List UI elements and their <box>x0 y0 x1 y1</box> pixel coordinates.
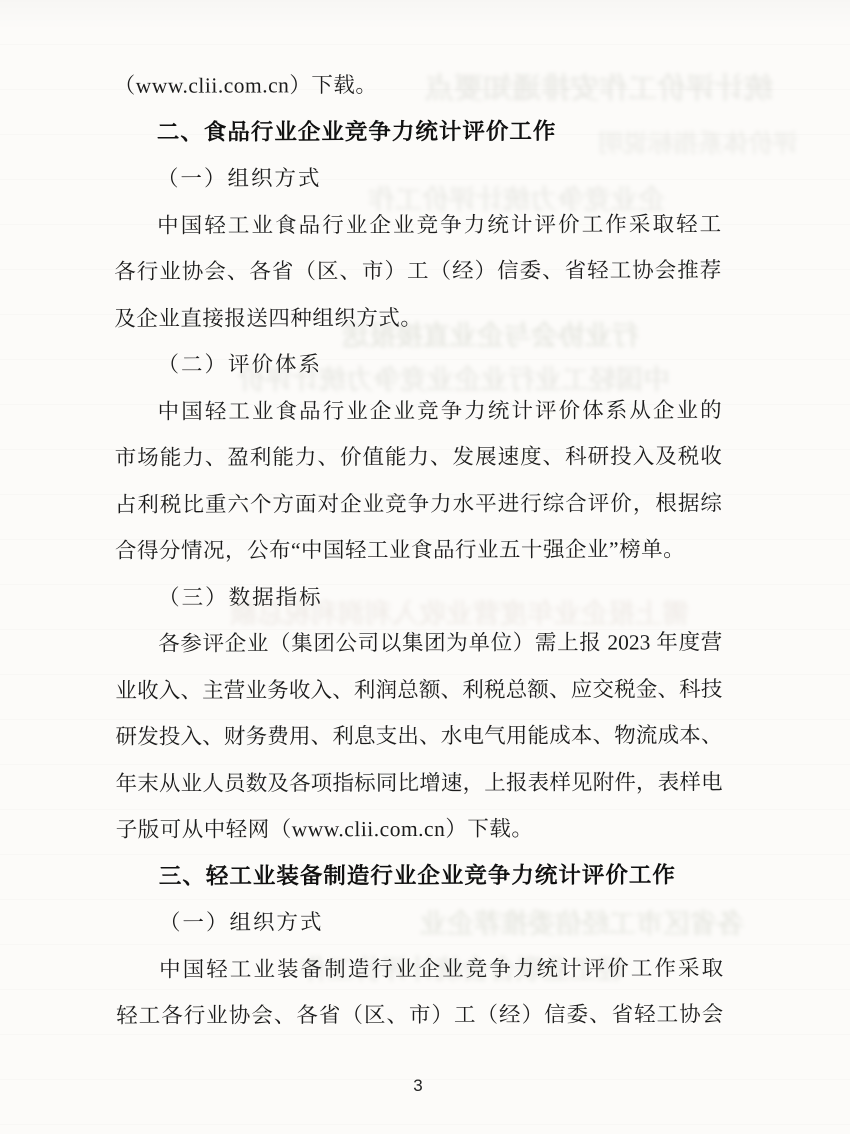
subsection-heading: （三）数据指标 <box>115 573 722 621</box>
body-text-line: （www.clii.com.cn）下载。 <box>114 61 721 109</box>
section-heading: 二、食品行业企业竞争力统计评价工作 <box>114 108 721 156</box>
document-body: （www.clii.com.cn）下载。二、食品行业企业竞争力统计评价工作（一）… <box>114 61 724 1039</box>
body-text-line: 子版可从中轻网（www.clii.com.cn）下载。 <box>116 805 723 853</box>
body-text-line: 合得分情况，公布“中国轻工业食品行业五十强企业”榜单。 <box>115 526 722 574</box>
body-text-line: 及企业直接报送四种组织方式。 <box>114 294 721 342</box>
body-text-line: 业收入、主营业务收入、利润总额、利税总额、应交税金、科技 <box>115 666 722 714</box>
subsection-heading: （一）组织方式 <box>116 898 723 946</box>
body-text-line: 年末从业人员数及各项指标同比增速，上报表样见附件，表样电 <box>116 759 723 807</box>
body-text-line: 中国轻工业食品行业企业竞争力统计评价体系从企业的 <box>115 387 722 435</box>
subsection-heading: （一）组织方式 <box>114 154 721 202</box>
page-number: 3 <box>0 1076 836 1096</box>
scanned-document-page: 统计评价工作安排通知要点评价体系指标说明企业竞争力统计评价工作行业协会与企业直接… <box>0 0 850 1134</box>
subsection-heading: （二）评价体系 <box>114 340 721 388</box>
body-text-line: 市场能力、盈利能力、价值能力、发展速度、科研投入及税收 <box>115 433 722 481</box>
body-text-line: 轻工各行业协会、各省（区、市）工（经）信委、省轻工协会 <box>116 991 723 1039</box>
body-text-line: 各行业协会、各省（区、市）工（经）信委、省轻工协会推荐 <box>114 247 721 295</box>
section-heading: 三、轻工业装备制造行业企业竞争力统计评价工作 <box>116 852 723 900</box>
body-text-line: 占利税比重六个方面对企业竞争力水平进行综合评价，根据综 <box>115 480 722 528</box>
body-text-line: 各参评企业（集团公司以集团为单位）需上报 2023 年度营 <box>115 619 722 667</box>
body-text-line: 研发投入、财务费用、利息支出、水电气用能成本、物流成本、 <box>115 712 722 760</box>
body-text-line: 中国轻工业装备制造行业企业竞争力统计评价工作采取 <box>116 945 723 993</box>
body-text-line: 中国轻工业食品行业企业竞争力统计评价工作采取轻工 <box>114 201 721 249</box>
